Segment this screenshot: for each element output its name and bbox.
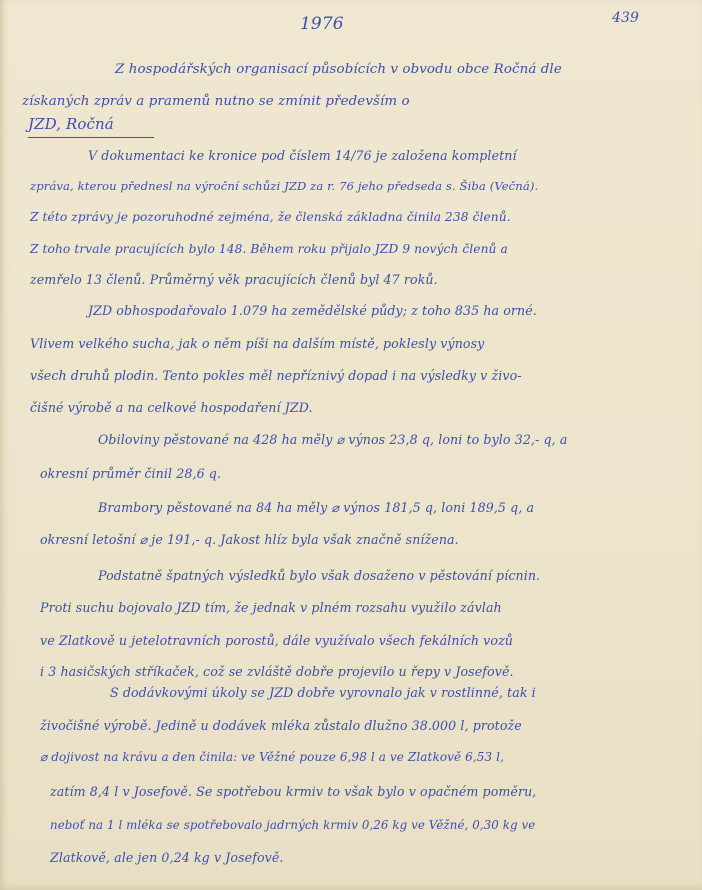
text-line: zemřelo 13 členů. Průměrný věk pracující…: [30, 272, 438, 287]
text-line: zatím 8,4 l v Josefově. Se spotřebou krm…: [50, 784, 536, 799]
text-line: i 3 hasičských stříkaček, což se zvláště…: [40, 664, 514, 679]
text-line: živočišné výrobě. Jedině u dodávek mléka…: [40, 718, 522, 733]
text-line: Zlatkově, ale jen 0,24 kg v Josefově.: [50, 850, 284, 865]
text-line: V dokumentaci ke kronice pod číslem 14/7…: [88, 148, 517, 163]
text-line: ve Zlatkově u jetelotravních porostů, dá…: [40, 633, 513, 648]
page-number: 439: [612, 10, 639, 26]
text-line: zpráva, kterou přednesl na výroční schůz…: [30, 179, 538, 193]
section-heading: JZD, Ročná: [28, 115, 154, 138]
text-line: Z této zprávy je pozoruhodné zejména, že…: [30, 210, 511, 224]
text-line: neboť na 1 l mléka se spotřebovalo jadrn…: [50, 818, 535, 832]
text-line: Brambory pěstované na 84 ha měly ⌀ výnos…: [98, 500, 534, 515]
year-heading: 1976: [300, 14, 344, 34]
text-line: Vlivem velkého sucha, jak o něm píši na …: [30, 336, 484, 351]
text-line: Z toho trvale pracujících bylo 148. Běhe…: [30, 242, 508, 256]
text-line: čišné výrobě a na celkové hospodaření JZ…: [30, 400, 313, 415]
intro-line: získaných zpráv a pramenů nutno se zmíni…: [22, 94, 410, 109]
text-line: Proti suchu bojovalo JZD tím, že jednak …: [40, 600, 502, 615]
text-line: okresní průměr činil 28,6 q.: [40, 466, 221, 481]
text-line: okresní letošní ⌀ je 191,- q. Jakost hlí…: [40, 532, 459, 547]
text-line: Podstatně špatných výsledků bylo však do…: [98, 568, 540, 583]
text-line: všech druhů plodin. Tento pokles měl nep…: [30, 368, 522, 383]
text-line: ⌀ dojivost na krávu a den činila: ve Věž…: [40, 750, 504, 764]
text-line: Obiloviny pěstované na 428 ha měly ⌀ výn…: [98, 432, 567, 447]
text-line: S dodávkovými úkoly se JZD dobře vyrovna…: [110, 685, 536, 700]
text-line: JZD obhospodařovalo 1.079 ha zemědělské …: [88, 303, 537, 318]
manuscript-page: 1976 439 Z hospodářských organisací půso…: [0, 0, 702, 890]
intro-line: Z hospodářských organisací působících v …: [115, 62, 562, 77]
